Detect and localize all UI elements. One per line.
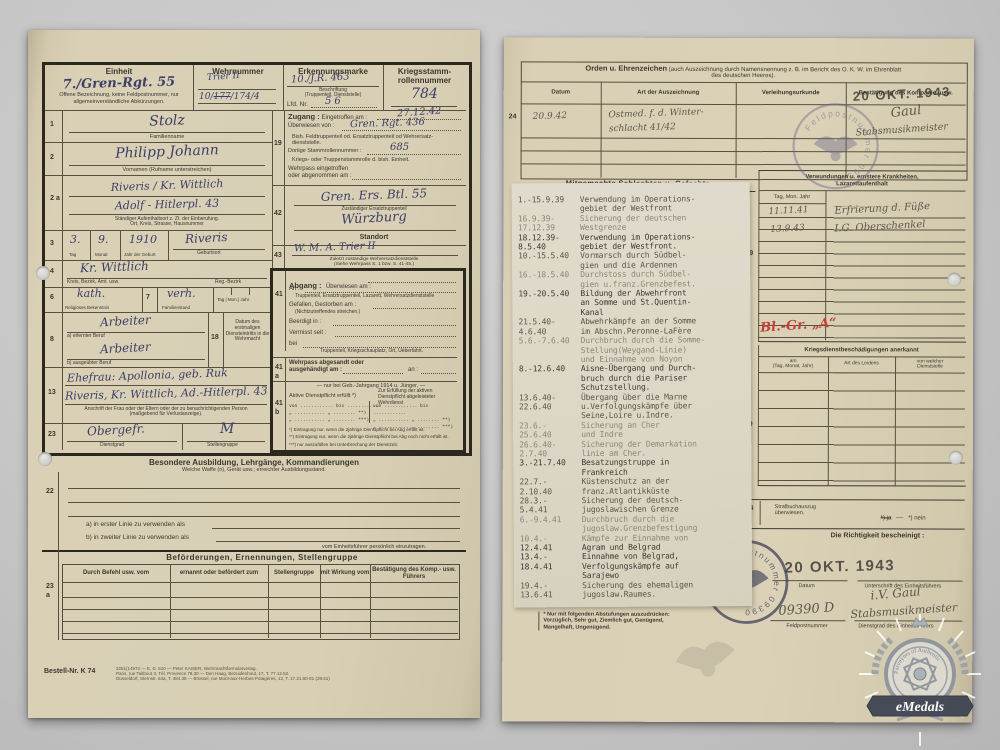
anschrift-value2: Riveris, Kr. Wittlich, Ad.-Hitlerpl. 43 <box>65 384 268 402</box>
punch-hole <box>947 273 961 287</box>
anschrift-value1: Ehefrau: Apollonia, geb. Ruk <box>67 366 228 385</box>
battle-entry: 13.6.40- 22.6.40Übergang über die Marne … <box>519 392 747 422</box>
einheit-value: 7./Gren-Rgt. 55 <box>45 74 193 93</box>
battle-entry-date: 12.4.41 <box>520 543 582 553</box>
battle-entry-text: Durchbruch durch die Somme- Stellung(Wey… <box>581 335 747 364</box>
battle-entry-text: Verwendung im Operations- gebiet der Wes… <box>580 194 746 214</box>
battle-list: 1.-15.9.39Verwendung im Operations- gebi… <box>518 194 748 600</box>
diensteintritt-label: Datum des erstmaligen Diensteintritts in… <box>225 320 270 343</box>
beruf-b-value: Arbeiter <box>100 340 151 357</box>
einheit-cell: Einheit 7./Gren-Rgt. 55 Offene Bezeichnu… <box>45 65 194 111</box>
row-bekenntnis-familienstand: 6 kath. Religiöses Bekenntnis 7 verh. Fa… <box>45 287 272 313</box>
geburt-tag: 3. <box>70 233 81 246</box>
battle-entry-date: 13.6.40- 22.6.40 <box>519 393 581 412</box>
battle-entry-date: 8.-12.6.40 <box>519 364 581 374</box>
battle-entry-date: 22.7.- 2.10.40 <box>519 477 581 496</box>
befoerderungen-section: 23 a Beförderungen, Ernennungen, Stellen… <box>42 550 466 642</box>
ersatztruppenteil-section: 42 Gren. Ers. Btl. 55 Zuständiger Ersatz… <box>272 185 466 246</box>
battle-entry-date: 6.-9.4.41 <box>520 515 582 525</box>
zugang-title: Zugang : <box>288 112 320 121</box>
certify-signature: i.V. Gaul <box>870 584 921 602</box>
familienname-value: Stolz <box>62 109 272 132</box>
person-column: 1 Stolz Familienname 2 Philipp Johann Vo… <box>45 110 273 450</box>
ausbildung-a: a) in erster Linie zu verwenden als <box>86 521 185 528</box>
certify-date-stamp: 20 OKT. 1943 <box>784 557 895 577</box>
row-kreis: 4 Kr. Wittlich Kreis, Bezirk, Amt. usw. … <box>45 260 272 288</box>
battle-entry-date: 18.12.39- 8.5.40 <box>518 233 580 252</box>
printer-info: 2251(14972 — E. D. 510 — Peter KAISER, W… <box>116 666 416 682</box>
kriegsstammrolle-cell: Kriegsstamm- rollennummer 784 <box>383 65 466 111</box>
zugang-stammroll-value: 685 <box>390 142 409 153</box>
battle-entry-text: Besatzungstruppe in Frankreich <box>581 457 747 477</box>
ja-nein-choice: *) ja — *) nein <box>881 506 926 524</box>
battle-entry-text: Küstenschutz an der franz.Atlantikküste <box>581 476 747 496</box>
wehrnummer-value1: Trier II <box>207 71 240 83</box>
zugang-ueberwiesen-value: Gren. Rgt. 436 <box>350 117 425 131</box>
lfd-label: Lfd. Nr. <box>287 101 308 108</box>
battle-entry: 19.4.- 13.6.41Sicherung des ehemaligen j… <box>520 580 748 600</box>
emedals-watermark: Purveyors of Authentic eMedals <box>845 612 995 750</box>
battle-entry: 3.-21.7.40Besatzungstruppe in Frankreich <box>519 457 747 477</box>
ausbildung-section: Besondere Ausbildung, Lehrgänge, Kommand… <box>42 458 466 550</box>
ksr-label1: Kriegsstamm- <box>383 67 466 76</box>
battle-entry: 19.-20.5.40Bildung der Abwehrfront an So… <box>518 288 746 318</box>
vonbis-left: von ............ bis ............ „ ....… <box>289 404 380 425</box>
battle-entry: 22.7.- 2.10.40Küstenschutz an der franz.… <box>519 476 747 496</box>
battle-entry-date: 19.4.- 13.6.41 <box>520 581 582 600</box>
row-geburt: 3 3. 9. 1910 Tag Monat Jahr der Geburt R… <box>45 230 272 261</box>
row-dienstgrad: 23 Obergefr. Dienstgrad M Stellengruppe <box>45 423 272 450</box>
battle-entry: 13.4.- 18.4.41Einnahme von Belgrad, Verf… <box>520 551 748 581</box>
bekenntnis-value: kath. <box>77 287 105 300</box>
battle-entry: 28.3.- 5.4.41Sicherung der deutsch- jugo… <box>520 495 748 515</box>
wound-date-0: 11.11.41 <box>768 205 809 217</box>
battle-entry: 8.-12.6.40Aisne-Übergang und Durch- bruc… <box>519 363 747 393</box>
document-page-left: Einheit 7./Gren-Rgt. 55 Offene Bezeichnu… <box>28 30 480 718</box>
ausbildung-b: b) in zweiter Linie zu verwenden als <box>86 534 189 541</box>
battle-entry-date: 16.9.39- 17.12.39 <box>518 214 580 233</box>
battle-entry-text: Bildung der Abwehrfront an Somme und St.… <box>580 288 746 317</box>
vornamen-label: Vornamen (Rufname unterstreichen) <box>62 167 272 173</box>
row-familienname: 1 Stolz Familienname <box>45 110 272 143</box>
stellengruppe-value: M <box>220 421 234 437</box>
battle-entry-text: Abwehrkämpfe an der Somme im Abschn.Pero… <box>580 316 746 336</box>
geburt-jahr: 1910 <box>129 233 157 246</box>
wehrersatz-value: W. M. A. Trier II <box>294 241 376 255</box>
ausbildung-title: Besondere Ausbildung, Lehrgänge, Kommand… <box>42 458 466 467</box>
zugang-section: 19 Zugang : Eingetroffen am : 27.12.42 Ü… <box>272 110 466 186</box>
zugang-abgang-column: 19 Zugang : Eingetroffen am : 27.12.42 Ü… <box>272 110 466 450</box>
battle-entry-text: Durchbruch durch die jugoslaw.Grenzbefes… <box>582 514 748 534</box>
ersatztruppenteil-value: Gren. Ers. Btl. 55 <box>284 185 464 205</box>
geburtsort-value: Riveris <box>185 230 228 246</box>
battle-entry-date: 16.-18.5.40 <box>518 270 580 280</box>
battle-entry: 16.9.39- 17.12.39Sicherung der deutschen… <box>518 213 746 233</box>
orden-section: 24 Orden u. Ehrenzeichen (auch Auszeichn… <box>521 61 966 178</box>
aufenthaltsort-label2: Ort, Kreis, Strasse, Hausnummer <box>62 222 272 228</box>
battle-entry-text: Sicherung der deutsch- jugoslawischen Gr… <box>582 495 748 515</box>
ksr-value: 784 <box>383 86 466 102</box>
lfd-value: 56 <box>325 96 344 107</box>
dienstgrad-value: Obergefr. <box>87 421 145 438</box>
watermark-brand-text: eMedals <box>896 700 945 715</box>
abgang-box: 41 Abgang : Überwiesen am : An : Truppen… <box>270 268 466 453</box>
battle-entry-text: Durchstoss durch Südbel- gien u.franz.Gr… <box>580 269 746 289</box>
battle-entry-date: 26.6.40- 2.7.40 <box>519 440 581 459</box>
ksr-label2: rollennummer <box>383 76 466 85</box>
erkennungsmarke-value: 10./J.R. 463 <box>291 71 350 85</box>
orden-entry-text: Ostmed. f. d. Winter- schlacht 41/42 <box>608 106 704 136</box>
ausbildung-subtitle: Welche Waffe (n), Gerät usw.; erreichter… <box>42 467 466 473</box>
battle-entry-date: 21.5.40- 4.6.40 <box>518 317 580 336</box>
battle-entry-text: Sicherung der deutschen Westgrenze <box>580 213 746 233</box>
punch-hole <box>38 452 52 466</box>
erkennungsmarke-cell: Erkennungsmarke 10./J.R. 463 Beschriftun… <box>283 65 384 111</box>
vornamen-value: Philipp Johann <box>62 140 272 163</box>
battle-entry: 16.-18.5.40Durchstoss durch Südbel- gien… <box>518 269 746 289</box>
beruf-a-value: Arbeiter <box>100 313 151 330</box>
glued-battle-list: 1.-15.9.39Verwendung im Operations- gebi… <box>512 182 753 607</box>
battle-entry-text: Vormarsch durch Südbel- gien und die Ard… <box>580 250 746 270</box>
battle-entry-date: 23.6.- 25.6.40 <box>519 421 581 440</box>
battle-entry: 23.6.- 25.6.40Sicherung an Cher und Indr… <box>519 420 747 440</box>
feldpost-round-stamp-top: Feldpostnummer 09390 <box>785 96 885 196</box>
wound-date-1: 13.9.43 <box>770 223 805 235</box>
aufenthaltsort-value2: Adolf - Hitlerpl. 43 <box>62 195 272 213</box>
kdb-section: 29 a Kriegsdienstbeschädigungen anerkann… <box>758 345 965 486</box>
kreis-value: Kr. Wittlich <box>80 259 149 275</box>
battle-entry-date: 3.-21.7.40 <box>519 458 581 468</box>
battle-entry-date: 28.3.- 5.4.41 <box>520 496 582 515</box>
battle-entry-text: Sicherung an Cher und Indre <box>581 420 747 440</box>
battle-entry-date: 10.-15.5.40 <box>518 251 580 261</box>
battle-entry-text: Sicherung der Demarkation linie am Cher. <box>581 439 747 459</box>
battle-entry: 18.12.39- 8.5.40Verwendung im Operations… <box>518 232 746 252</box>
punch-hole <box>36 266 50 280</box>
battle-entry: 5.6.-7.6.40Durchbruch durch die Somme- S… <box>519 335 747 365</box>
battle-entry-date: 13.4.- 18.4.41 <box>520 552 582 571</box>
befoerderungen-empty-rows <box>62 586 458 636</box>
wehrersatzdienststelle-section: 43 W. M. A. Trier II Zuletzt zuständige … <box>272 245 466 268</box>
battle-entry: 21.5.40- 4.6.40Abwehrkämpfe an der Somme… <box>518 316 746 336</box>
battle-entry: 26.6.40- 2.7.40Sicherung der Demarkation… <box>519 439 747 459</box>
battle-entry-date: 19.-20.5.40 <box>518 289 580 299</box>
befoerderungen-title: Beförderungen, Ernennungen, Stellengrupp… <box>62 553 462 562</box>
battle-entry-date: 10.4.- <box>520 534 582 544</box>
geburt-monat: 9. <box>98 233 109 246</box>
orden-signature: Gaul <box>890 103 922 121</box>
battle-entry: 10.-15.5.40Vormarsch durch Südbel- gien … <box>518 250 746 270</box>
bestell-nr: Bestell-Nr. K 74 <box>44 668 95 676</box>
einheit-note: Offene Bezeichnung, keine Feldpostnummer… <box>48 92 190 105</box>
battle-entry-date: 5.6.-7.6.40 <box>519 336 581 346</box>
battle-entry-text: Sicherung des ehemaligen jugoslaw.Raumes… <box>582 580 748 600</box>
row-aufenthaltsort: 2 a Riveris / Kr. Wittlich Adolf - Hitle… <box>45 175 272 231</box>
battle-entry-text: Einnahme von Belgrad, Verfolgungskämpfe … <box>582 551 748 580</box>
battle-entry-text: Verwendung im Operations- gebiet der Wes… <box>580 232 746 252</box>
familienname-label: Familienname <box>62 134 272 140</box>
wehrnummer-cell: Wehrnummer Trier II 10/177/174/4 <box>193 65 284 111</box>
geburtsort-label: Geburtsort <box>197 251 221 257</box>
row-beruf: 8 Arbeiter a) erlernter Beruf Arbeiter b… <box>45 312 272 368</box>
wehrnummer-value2: 10/177/174/4 <box>199 91 260 102</box>
battle-entry: 6.-9.4.41Durchbruch durch die jugoslaw.G… <box>520 514 748 534</box>
certify-label: Die Richtigkeit bescheinigt : <box>831 532 925 540</box>
aufenthaltsort-value1: Riveris / Kr. Wittlich <box>62 175 272 195</box>
battle-entry-text: Übergang über die Marne u.Verfolgungskäm… <box>581 392 747 421</box>
familienstand-value: verh. <box>167 287 196 300</box>
row-vornamen: 2 Philipp Johann Vornamen (Rufname unter… <box>45 142 272 176</box>
battle-entry: 1.-15.9.39Verwendung im Operations- gebi… <box>518 194 746 214</box>
orden-entry-date: 20.9.42 <box>533 111 568 122</box>
battle-entry-date: 1.-15.9.39 <box>518 195 580 205</box>
kdb-rule-lines <box>758 373 965 484</box>
photo-backdrop: Einheit 7./Gren-Rgt. 55 Offene Bezeichnu… <box>0 0 1000 750</box>
punch-hole <box>949 451 963 465</box>
row-anschrift: 13 Ehefrau: Apollonia, geb. Ruk Riveris,… <box>45 367 272 424</box>
battle-entry-text: Aisne-Übergang und Durch- bruch durch di… <box>581 363 747 392</box>
